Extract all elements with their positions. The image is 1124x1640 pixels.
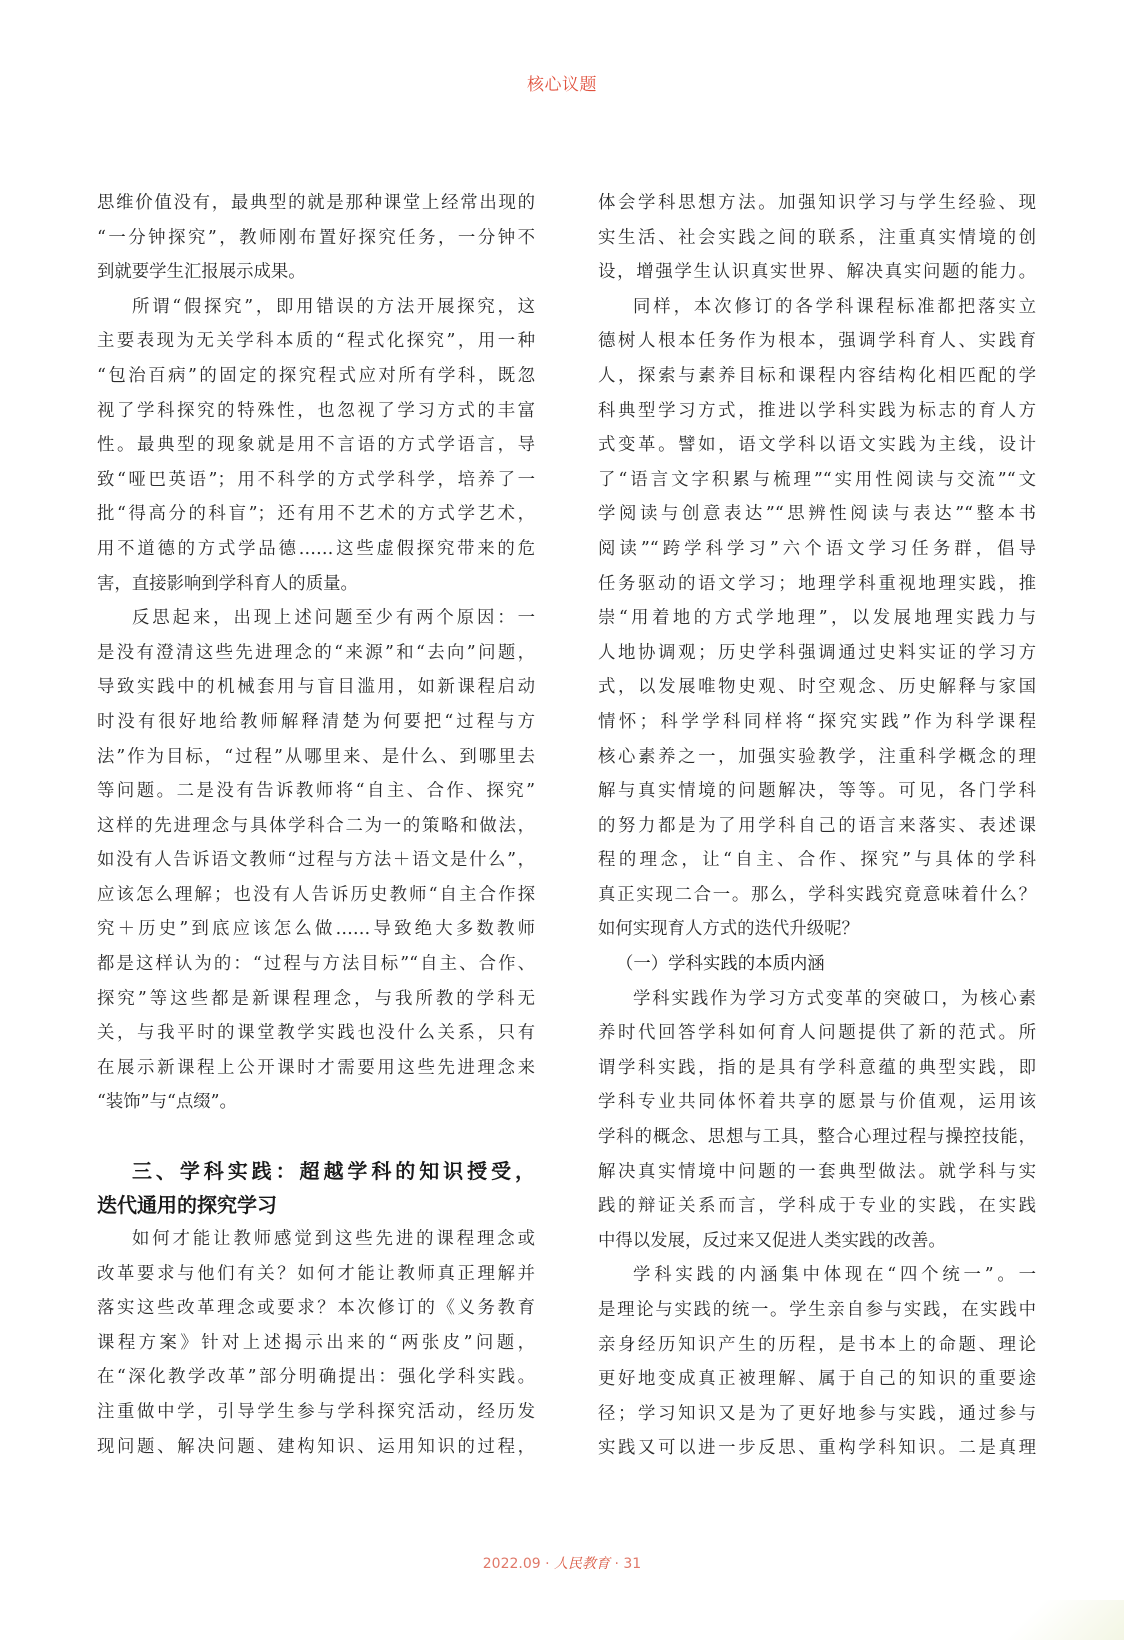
footer-separator: ·	[614, 1556, 618, 1572]
page-footer: 2022.09 · 人民教育 · 31	[0, 1553, 1124, 1573]
text-line: 同样，本次修订的各学科课程标准都把落实立	[598, 290, 1036, 325]
section-heading-line: 迭代通用的探究学习	[97, 1188, 535, 1222]
text-line: 主要表现为无关学科本质的“程式化探究”，用一种	[97, 324, 535, 359]
text-line: 学科专业共同体怀着共享的愿景与价值观，运用该	[598, 1085, 1036, 1120]
text-line: 的努力都是为了用学科自己的语言来落实、表述课	[598, 809, 1036, 844]
text-line: 人，探索与素养目标和课程内容结构化相匹配的学	[598, 359, 1036, 394]
page-number: 31	[623, 1556, 641, 1572]
text-line: 人地协调观；历史学科强调通过史料实证的学习方	[598, 636, 1036, 671]
text-line: 在“深化教学改革”部分明确提出：强化学科实践。	[97, 1360, 535, 1395]
text-line: 应该怎么理解；也没有人告诉历史教师“自主合作探	[97, 878, 535, 913]
paragraph: 所谓“假探究”，即用错误的方法开展探究，这 主要表现为无关学科本质的“程式化探究…	[97, 290, 535, 601]
text-line: 学科实践的内涵集中体现在“四个统一”。一	[598, 1258, 1036, 1293]
left-column: 思维价值没有，最典型的就是那种课堂上经常出现的 “一分钟探究”，教师刚布置好探究…	[97, 186, 535, 1464]
paragraph: 同样，本次修订的各学科课程标准都把落实立 德树人根本任务作为根本，强调学科育人、…	[598, 290, 1036, 947]
text-line: 课程方案》针对上述揭示出来的“两张皮”问题，	[97, 1326, 535, 1361]
text-line: 是理论与实践的统一。学生亲自参与实践，在实践中	[598, 1293, 1036, 1328]
text-line: 德树人根本任务作为根本，强调学科育人、实践育	[598, 324, 1036, 359]
text-line: 所谓“假探究”，即用错误的方法开展探究，这	[97, 290, 535, 325]
text-line: 了“语言文字积累与梳理”“实用性阅读与交流”“文	[598, 463, 1036, 498]
subsection-heading-text: （一）学科实践的本质内涵	[598, 947, 1036, 982]
text-line: 任务驱动的语文学习；地理学科重视地理实践，推	[598, 567, 1036, 602]
text-line: 现问题、解决问题、建构知识、运用知识的过程，	[97, 1430, 535, 1465]
text-line: 解决真实情境中问题的一套典型做法。就学科与实	[598, 1155, 1036, 1190]
paragraph: 体会学科思想方法。加强知识学习与学生经验、现 实生活、社会实践之间的联系，注重真…	[598, 186, 1036, 290]
text-line: 养时代回答学科如何育人问题提供了新的范式。所	[598, 1016, 1036, 1051]
text-line: 关，与我平时的课堂教学实践也没什么关系，只有	[97, 1016, 535, 1051]
footer-separator: ·	[545, 1556, 549, 1572]
text-line: 性。最典型的现象就是用不言语的方式学语言，导	[97, 428, 535, 463]
text-line: 是没有澄清这些先进理念的“来源”和“去向”问题，	[97, 636, 535, 671]
text-line: 落实这些改革理念或要求？本次修订的《义务教育	[97, 1291, 535, 1326]
section-heading-line: 三、学科实践：超越学科的知识授受，	[97, 1154, 535, 1188]
text-line: 设，增强学生认识真实世界、解决真实问题的能力。	[598, 255, 1036, 290]
text-line: 径；学习知识又是为了更好地参与实践，通过参与	[598, 1397, 1036, 1432]
text-line: 反思起来，出现上述问题至少有两个原因：一	[97, 601, 535, 636]
text-line: 解与真实情境的问题解决，等等。可见，各门学科	[598, 774, 1036, 809]
text-line: 致“哑巴英语”；用不科学的方式学科学，培养了一	[97, 463, 535, 498]
paragraph: 思维价值没有，最典型的就是那种课堂上经常出现的 “一分钟探究”，教师刚布置好探究…	[97, 186, 535, 290]
section-heading: 三、学科实践：超越学科的知识授受， 迭代通用的探究学习	[97, 1154, 535, 1222]
text-line: 如何实现育人方式的迭代升级呢？	[598, 912, 1036, 947]
text-line: 法”作为目标，“过程”从哪里来、是什么、到哪里去	[97, 740, 535, 775]
subsection-heading: （一）学科实践的本质内涵	[598, 947, 1036, 982]
text-line: 科典型学习方式，推进以学科实践为标志的育人方	[598, 394, 1036, 429]
text-line: 注重做中学，引导学生参与学科探究活动，经历发	[97, 1395, 535, 1430]
text-line: 批“得高分的科盲”；还有用不艺术的方式学艺术，	[97, 497, 535, 532]
text-line: 式，以发展唯物史观、时空观念、历史解释与家国	[598, 670, 1036, 705]
text-line: 亲身经历知识产生的历程，是书本上的命题、理论	[598, 1328, 1036, 1363]
text-line: 体会学科思想方法。加强知识学习与学生经验、现	[598, 186, 1036, 221]
text-line: 到就要学生汇报展示成果。	[97, 255, 535, 290]
text-line: 用不道德的方式学品德……这些虚假探究带来的危	[97, 532, 535, 567]
text-line: 核心素养之一，加强实验教学，注重科学概念的理	[598, 740, 1036, 775]
text-line: 真正实现二合一。那么，学科实践究竟意味着什么？	[598, 878, 1036, 913]
text-line: 崇“用着地的方式学地理”，以发展地理实践力与	[598, 601, 1036, 636]
text-line: 究＋历史”到底应该怎么做……导致绝大多数教师	[97, 912, 535, 947]
text-line: 学科的概念、思想与工具，整合心理过程与操控技能，	[598, 1120, 1036, 1155]
text-line: 害，直接影响到学科育人的质量。	[97, 567, 535, 602]
text-line: 学阅读与创意表达”“思辨性阅读与表达”“整本书	[598, 497, 1036, 532]
paragraph: 反思起来，出现上述问题至少有两个原因：一 是没有澄清这些先进理念的“来源”和“去…	[97, 601, 535, 1120]
text-line: 如没有人告诉语文教师“过程与方法＋语文是什么”，	[97, 843, 535, 878]
text-line: 情怀；科学学科同样将“探究实践”作为科学课程	[598, 705, 1036, 740]
text-line: 学科实践作为学习方式变革的突破口，为核心素	[598, 982, 1036, 1017]
text-line: 时没有很好地给教师解释清楚为何要把“过程与方	[97, 705, 535, 740]
text-line: 都是这样认为的：“过程与方法目标”“自主、合作、	[97, 947, 535, 982]
text-line: 改革要求与他们有关？如何才能让教师真正理解并	[97, 1257, 535, 1292]
text-line: 视了学科探究的特殊性，也忽视了学习方式的丰富	[97, 394, 535, 429]
journal-name: 人民教育	[554, 1556, 610, 1572]
issue-date: 2022.09	[483, 1556, 541, 1572]
text-line: 这样的先进理念与具体学科合二为一的策略和做法，	[97, 809, 535, 844]
text-line: “包治百病”的固定的探究程式应对所有学科，既忽	[97, 359, 535, 394]
paragraph: 如何才能让教师感觉到这些先进的课程理念或 改革要求与他们有关？如何才能让教师真正…	[97, 1222, 535, 1464]
text-line: 更好地变成真正被理解、属于自己的知识的重要途	[598, 1362, 1036, 1397]
right-column: 体会学科思想方法。加强知识学习与学生经验、现 实生活、社会实践之间的联系，注重真…	[598, 186, 1036, 1466]
text-line: 如何才能让教师感觉到这些先进的课程理念或	[97, 1222, 535, 1257]
text-line: 在展示新课程上公开课时才需要用这些先进理念来	[97, 1051, 535, 1086]
text-line: 实践又可以进一步反思、重构学科知识。二是真理	[598, 1431, 1036, 1466]
text-line: 阅读”“跨学科学习”六个语文学习任务群，倡导	[598, 532, 1036, 567]
section-spacer	[97, 1120, 535, 1154]
text-line: 践的辩证关系而言，学科成于专业的实践，在实践	[598, 1189, 1036, 1224]
text-line: 思维价值没有，最典型的就是那种课堂上经常出现的	[97, 186, 535, 221]
text-line: 谓学科实践，指的是具有学科意蕴的典型实践，即	[598, 1051, 1036, 1086]
text-line: 中得以发展，反过来又促进人类实践的改善。	[598, 1224, 1036, 1259]
text-line: 探究”等这些都是新课程理念，与我所教的学科无	[97, 982, 535, 1017]
paragraph: 学科实践作为学习方式变革的突破口，为核心素 养时代回答学科如何育人问题提供了新的…	[598, 982, 1036, 1259]
text-line: 导致实践中的机械套用与盲目滥用，如新课程启动	[97, 670, 535, 705]
text-line: “一分钟探究”，教师刚布置好探究任务，一分钟不	[97, 221, 535, 256]
text-line: 程的理念，让“自主、合作、探究”与具体的学科	[598, 843, 1036, 878]
paper-scan-tint	[964, 1600, 1124, 1640]
text-line: 式变革。譬如，语文学科以语文实践为主线，设计	[598, 428, 1036, 463]
page-header-section-label: 核心议题	[0, 70, 1124, 95]
text-line: “装饰”与“点缀”。	[97, 1085, 535, 1120]
text-line: 实生活、社会实践之间的联系，注重真实情境的创	[598, 221, 1036, 256]
paragraph: 学科实践的内涵集中体现在“四个统一”。一 是理论与实践的统一。学生亲自参与实践，…	[598, 1258, 1036, 1466]
text-line: 等问题。二是没有告诉教师将“自主、合作、探究”	[97, 774, 535, 809]
